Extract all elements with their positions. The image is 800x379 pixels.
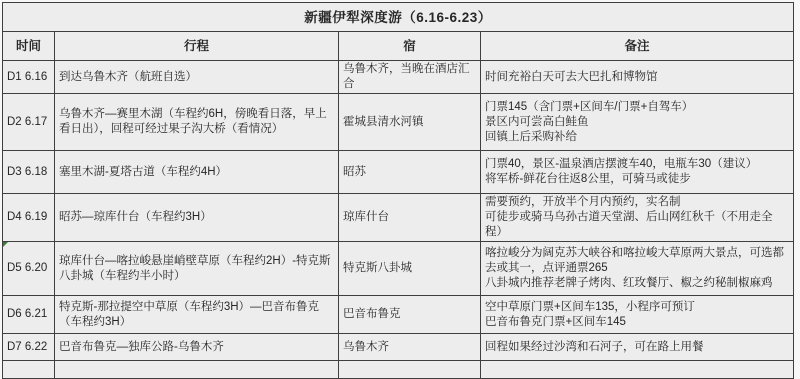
col-header-stay: 宿	[339, 32, 481, 61]
itinerary-row-d4: D4 6.19 昭苏—琼库什台（车程约3H） 琼库什台 需要预约，开放半个月内预…	[3, 194, 794, 242]
note-line: 巴音布鲁克门票+区间车145	[485, 315, 789, 330]
cell-time: D3 6.18	[3, 151, 55, 194]
note-line: 将军桥-鲜花台往返8公里，可骑马或徒步	[485, 172, 789, 187]
col-header-time: 时间	[3, 32, 55, 61]
note-line: 门票145（含门票+区间车/门票+自驾车）	[485, 100, 789, 115]
col-header-notes: 备注	[481, 32, 794, 61]
itinerary-row-d5: D5 6.20 琼库什台—喀拉峻悬崖峭壁草原（车程约2H）-特克斯八卦城（车程约…	[3, 242, 794, 296]
spreadsheet-sheet: 新疆伊犁深度游（6.16-6.23） 时间 行程 宿 备注 D1 6.16 到达…	[2, 2, 793, 359]
cell-itinerary: 琼库什台—喀拉峻悬崖峭壁草原（车程约2H）-特克斯八卦城（车程约半小时）	[55, 242, 339, 296]
cell-time: D5 6.20	[3, 242, 55, 296]
cell-error-indicator-icon	[3, 242, 8, 247]
cell-stay: 巴音布鲁克	[339, 296, 481, 334]
cell-stay: 特克斯八卦城	[339, 242, 481, 296]
itinerary-row-d3: D3 6.18 塞里木湖-夏塔古道（车程约4H） 昭苏 门票40，景区-温泉酒店…	[3, 151, 794, 194]
note-line: 空中草原门票+区间车135，小程序可预订	[485, 300, 789, 315]
cell-time-text: D5 6.20	[7, 262, 47, 274]
cell-itinerary: 塞里木湖-夏塔古道（车程约4H）	[55, 151, 339, 194]
note-line: 喀拉峻分为阔克苏大峡谷和喀拉峻大草原两大景点，可选都去或其一，点评通票265	[485, 246, 789, 276]
itinerary-table: 新疆伊犁深度游（6.16-6.23） 时间 行程 宿 备注 D1 6.16 到达…	[2, 2, 794, 359]
cell-stay: 琼库什台	[339, 194, 481, 242]
cell-notes: 时间充裕白天可去大巴扎和博物馆	[481, 61, 794, 94]
cell-time: D1 6.16	[3, 61, 55, 94]
cell-itinerary: 乌鲁木齐—赛里木湖（车程约6H，傍晚看日落，早上看日出），回程可经过果子沟大桥（…	[55, 94, 339, 151]
itinerary-row-d2: D2 6.17 乌鲁木齐—赛里木湖（车程约6H，傍晚看日落，早上看日出），回程可…	[3, 94, 794, 151]
cell-stay: 乌鲁木齐，当晚在酒店汇合	[339, 61, 481, 94]
cell-notes: 门票145（含门票+区间车/门票+自驾车） 景区内可尝高白鲑鱼 回镇上后采购补给	[481, 94, 794, 151]
itinerary-row-d6: D6 6.21 特克斯-那拉提空中草原（车程约3H）—巴音布鲁克（车程约3H） …	[3, 296, 794, 334]
cell-itinerary: 昭苏—琼库什台（车程约3H）	[55, 194, 339, 242]
note-line: 八卦城内推荐老牌子烤肉、红玫餐厅、椒之约秘制椒麻鸡	[485, 276, 789, 291]
cell-stay: 乌鲁木齐	[339, 334, 481, 360]
cell-time: D6 6.21	[3, 296, 55, 334]
cell-itinerary: 巴音布鲁克—独库公路-乌鲁木齐	[55, 334, 339, 360]
title-row: 新疆伊犁深度游（6.16-6.23）	[3, 3, 794, 32]
note-line: 景区内可尝高白鲑鱼	[485, 115, 789, 130]
note-line: 需要预约，开放半个月内预约，实名制	[485, 195, 789, 210]
cell-stay: 昭苏	[339, 151, 481, 194]
cell-time: D4 6.19	[3, 194, 55, 242]
note-line: 回程如果经过沙湾和石河子，可在路上用餐	[485, 340, 789, 355]
itinerary-row-d1: D1 6.16 到达乌鲁木齐（航班自选） 乌鲁木齐，当晚在酒店汇合 时间充裕白天…	[3, 61, 794, 94]
table-title: 新疆伊犁深度游（6.16-6.23）	[3, 3, 794, 32]
cell-notes: 需要预约，开放半个月内预约，实名制 可徒步或骑马乌孙古道天堂湖、后山网红秋千（不…	[481, 194, 794, 242]
cell-notes: 门票40，景区-温泉酒店摆渡车40，电瓶车30（建议） 将军桥-鲜花台往返8公里…	[481, 151, 794, 194]
col-header-itinerary: 行程	[55, 32, 339, 61]
note-line: 回镇上后采购补给	[485, 130, 789, 145]
cell-stay: 霍城县清水河镇	[339, 94, 481, 151]
note-line: 门票40，景区-温泉酒店摆渡车40，电瓶车30（建议）	[485, 157, 789, 172]
itinerary-row-d7: D7 6.22 巴音布鲁克—独库公路-乌鲁木齐 乌鲁木齐 回程如果经过沙湾和石河…	[3, 334, 794, 360]
cell-notes: 回程如果经过沙湾和石河子，可在路上用餐	[481, 334, 794, 360]
cell-time: D7 6.22	[3, 334, 55, 360]
cell-notes: 空中草原门票+区间车135，小程序可预订 巴音布鲁克门票+区间车145	[481, 296, 794, 334]
note-line: 时间充裕白天可去大巴扎和博物馆	[485, 70, 789, 85]
cell-notes: 喀拉峻分为阔克苏大峡谷和喀拉峻大草原两大景点，可选都去或其一，点评通票265 八…	[481, 242, 794, 296]
note-line: 可徒步或骑马乌孙古道天堂湖、后山网红秋千（不用走全程）	[485, 210, 789, 240]
cell-itinerary: 到达乌鲁木齐（航班自选）	[55, 61, 339, 94]
cell-time: D2 6.17	[3, 94, 55, 151]
cell-itinerary: 特克斯-那拉提空中草原（车程约3H）—巴音布鲁克（车程约3H）	[55, 296, 339, 334]
header-row: 时间 行程 宿 备注	[3, 32, 794, 61]
